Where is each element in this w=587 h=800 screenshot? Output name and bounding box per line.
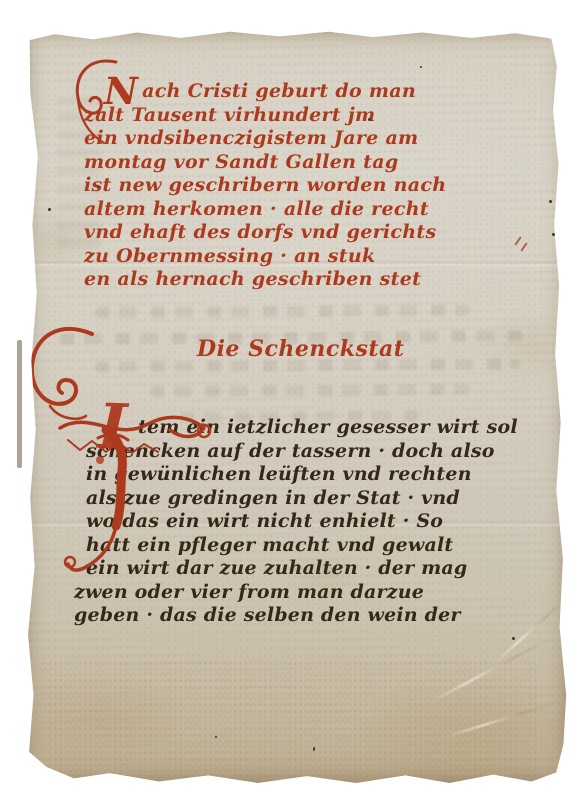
- dust-speck: [552, 233, 555, 236]
- prologue-line: montag vor Sandt Gallen tag: [84, 151, 534, 175]
- dust-speck: [215, 736, 217, 738]
- dust-speck: [549, 200, 552, 203]
- dated-prologue: Nach Cristi geburt do man zalt Tausent v…: [84, 80, 534, 292]
- manuscript-leaf: Nach Cristi geburt do man zalt Tausent v…: [22, 28, 570, 786]
- prologue-line: Nach Cristi geburt do man: [84, 80, 534, 104]
- photo-background: Nach Cristi geburt do man zalt Tausent v…: [0, 0, 587, 800]
- adjacent-leaf-edge: [17, 340, 22, 468]
- stain-speckle: [38, 660, 538, 776]
- opening-flourish: [70, 54, 125, 149]
- dust-speck: [97, 186, 99, 188]
- prologue-line: en als hernach geschriben stet: [84, 268, 534, 292]
- prologue-line: zu Obernmessing · an stuk: [84, 245, 534, 269]
- prologue-line: altem herkomen · alle die recht: [84, 198, 534, 222]
- dust-speck: [368, 118, 371, 121]
- prologue-line: vnd ehaft des dorfs vnd gerichts: [84, 221, 534, 245]
- dust-speck: [48, 208, 51, 211]
- dust-speck: [313, 747, 315, 751]
- initial-flourish: [20, 310, 220, 610]
- prologue-text: ach Cristi geburt do man: [142, 80, 416, 102]
- dust-speck: [420, 66, 422, 68]
- prologue-line: ein vndsibenczigistem Jare am: [84, 127, 534, 151]
- prologue-line: zalt Tausent virhundert jm: [84, 104, 534, 128]
- dust-speck: [512, 637, 515, 640]
- prologue-line: ist new geschribern worden nach: [84, 174, 534, 198]
- section-heading: Die Schenckstat: [197, 336, 404, 362]
